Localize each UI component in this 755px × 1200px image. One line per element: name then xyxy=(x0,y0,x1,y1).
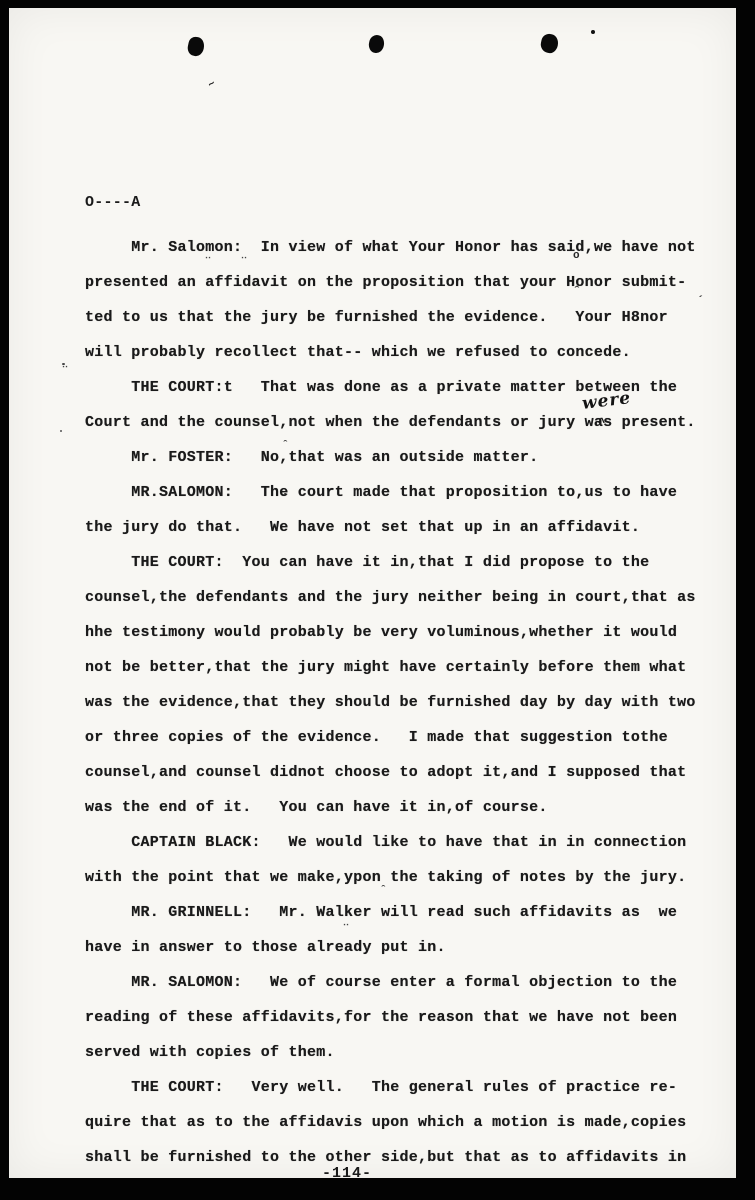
transcript-line: will probably recollect that-- which we … xyxy=(85,335,725,370)
transcript-line: Mr. FOSTER: No,that was an outside matte… xyxy=(85,440,725,475)
transcript-line: counsel,the defendants and the jury neit… xyxy=(85,580,725,615)
typed-hat-mark: ˆ xyxy=(282,440,289,452)
transcript-line: hhe testimony would probably be very vol… xyxy=(85,615,725,650)
transcript-line: counsel,and counsel didnot choose to ado… xyxy=(85,755,725,790)
transcript-line: have in answer to those already put in. xyxy=(85,930,725,965)
transcript-line: or three copies of the evidence. I made … xyxy=(85,720,725,755)
hole-punch-left xyxy=(186,36,206,58)
transcript-line: reading of these affidavits,for the reas… xyxy=(85,1000,725,1035)
hole-punch-center xyxy=(367,34,385,55)
transcript-line: was the end of it. You can have it in,of… xyxy=(85,790,725,825)
transcript-line: Court and the counsel,not when the defen… xyxy=(85,405,725,440)
hole-punch-right xyxy=(539,32,560,54)
transcript-line: the jury do that. We have not set that u… xyxy=(85,510,725,545)
ink-dots: ‥ xyxy=(343,918,349,928)
transcript-line: MR. SALOMON: We of course enter a formal… xyxy=(85,965,725,1000)
ink-dots: ‥ xyxy=(205,251,211,261)
dust-speck xyxy=(60,430,62,432)
transcript-line: THE COURT: You can have it in,that I did… xyxy=(85,545,725,580)
transcript-line: quire that as to the affidavis upon whic… xyxy=(85,1105,725,1140)
stray-acute-mark: ´ xyxy=(697,294,704,308)
transcript-line: CAPTAIN BLACK: We would like to have tha… xyxy=(85,825,725,860)
transcript-line: ted to us that the jury be furnished the… xyxy=(85,300,725,335)
typed-hat-mark: ˆ xyxy=(380,885,387,897)
transcript-line: was the evidence,that they should be fur… xyxy=(85,685,725,720)
transcript-body: Mr. Salomon: In view of what Your Honor … xyxy=(85,230,725,1175)
scanned-page: ~ O----A Mr. Salomon: In view of what Yo… xyxy=(9,8,736,1178)
transcript-line: presented an affidavit on the propositio… xyxy=(85,265,725,300)
transcript-line: MR. GRINNELL: Mr. Walker will read such … xyxy=(85,895,725,930)
corner-label: O----A xyxy=(85,194,141,211)
transcript-line: Mr. Salomon: In view of what Your Honor … xyxy=(85,230,725,265)
transcript-line: not be better,that the jury might have c… xyxy=(85,650,725,685)
transcript-line: with the point that we make,ypon the tak… xyxy=(85,860,725,895)
typed-hat-mark: ˆ xyxy=(282,493,289,505)
transcript-line: served with copies of them. xyxy=(85,1035,725,1070)
pencil-mark: ~ xyxy=(206,78,218,92)
transcript-line: THE COURT: Very well. The general rules … xyxy=(85,1070,725,1105)
typed-hat-mark: ˆ xyxy=(573,284,581,299)
ink-dots: ‥ xyxy=(62,360,68,370)
insertion-caret: ^ xyxy=(598,416,605,430)
dust-speck xyxy=(591,30,595,34)
ink-dots: ‥ xyxy=(241,251,247,261)
typed-superscript-o: o xyxy=(573,250,580,262)
transcript-line: MR.SALOMON: The court made that proposit… xyxy=(85,475,725,510)
page-number: -114- xyxy=(9,1165,685,1182)
